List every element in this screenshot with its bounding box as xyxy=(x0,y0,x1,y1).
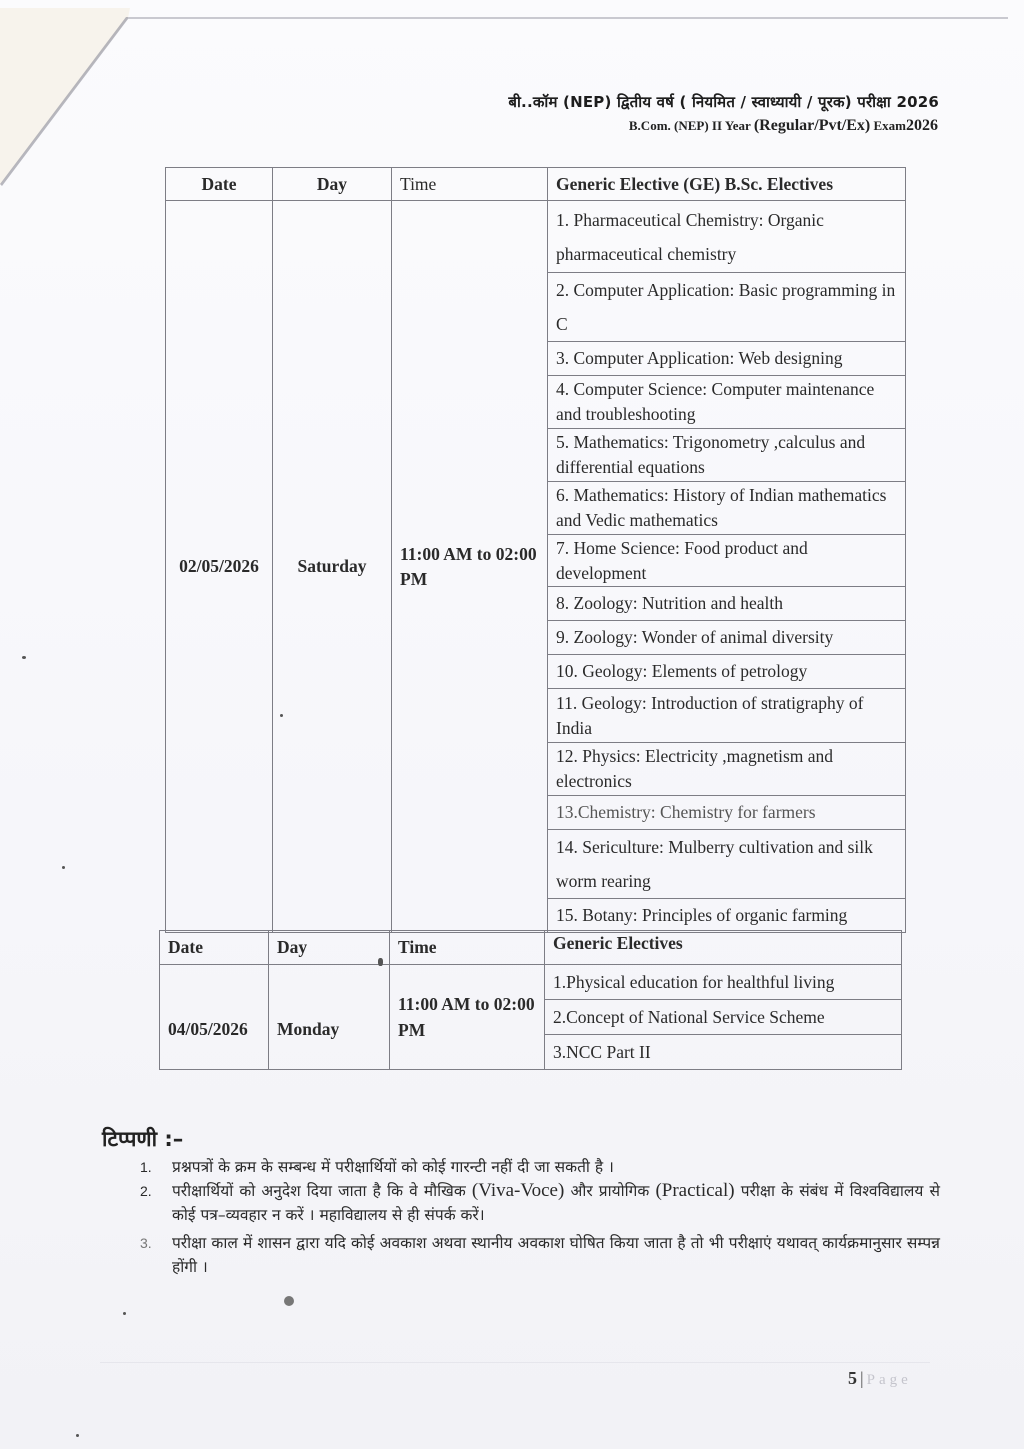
scan-speck xyxy=(378,958,383,966)
scan-speck xyxy=(76,1434,79,1437)
note-text-practical: (Practical) xyxy=(655,1180,734,1201)
schedule-table-ge-bsc: Date Day Time Generic Elective (GE) B.Sc… xyxy=(165,167,906,933)
note-number: 2. xyxy=(140,1179,172,1227)
subject-cell: 12. Physics: Electricity ,magnetism and … xyxy=(548,743,906,796)
note-text-part: और प्रायोगिक xyxy=(564,1182,655,1200)
header-hindi-title: बी..कॉम (NEP) द्वितीय वर्ष ( नियमित / स्… xyxy=(508,92,939,112)
note-item: 2. परीक्षार्थियों को अनुदेश दिया जाता है… xyxy=(140,1179,940,1227)
page-number-separator: | xyxy=(860,1368,864,1388)
subject-cell: 15. Botany: Principles of organic farmin… xyxy=(548,899,906,933)
subject-cell: 11. Geology: Introduction of stratigraph… xyxy=(548,689,906,743)
scan-speck xyxy=(22,656,26,659)
table-header-row: Date Day Time Generic Electives xyxy=(160,931,902,965)
page-number-value: 5 xyxy=(848,1368,857,1388)
header-day: Day xyxy=(269,931,390,965)
subject-cell: 2.Concept of National Service Scheme xyxy=(545,1000,902,1035)
subject-cell: 4. Computer Science: Computer maintenanc… xyxy=(548,376,906,429)
header-date: Date xyxy=(166,168,273,201)
subject-cell: 10. Geology: Elements of petrology xyxy=(548,655,906,689)
note-text: प्रश्नपत्रों के क्रम के सम्बन्ध में परीक… xyxy=(172,1155,940,1179)
note-text-viva: (Viva-Voce) xyxy=(472,1180,564,1201)
exam-time: 11:00 AM to 02:00 PM xyxy=(390,965,545,1070)
scanned-page: बी..कॉम (NEP) द्वितीय वर्ष ( नियमित / स्… xyxy=(0,0,1024,1449)
header-date: Date xyxy=(160,931,269,965)
scan-speck xyxy=(284,1296,294,1306)
header-english-title: B.Com. (NEP) II Year (Regular/Pvt/Ex) Ex… xyxy=(629,117,938,135)
header-time: Time xyxy=(392,168,548,201)
exam-date: 04/05/2026 xyxy=(160,965,269,1070)
header-exam-label: Exam xyxy=(874,118,907,133)
subject-cell: 13.Chemistry: Chemistry for farmers xyxy=(548,796,906,830)
subject-cell: 2. Computer Application: Basic programmi… xyxy=(548,273,906,342)
header-day: Day xyxy=(273,168,392,201)
scan-speck xyxy=(62,866,65,869)
subject-cell: 14. Sericulture: Mulberry cultivation an… xyxy=(548,830,906,899)
schedule-table-generic-electives: Date Day Time Generic Electives 04/05/20… xyxy=(159,930,902,1070)
header-year: 2026 xyxy=(906,117,938,134)
subject-cell: 6. Mathematics: History of Indian mathem… xyxy=(548,482,906,535)
header-time: Time xyxy=(390,931,545,965)
note-number: 3. xyxy=(140,1231,172,1279)
note-item: 1. प्रश्नपत्रों के क्रम के सम्बन्ध में प… xyxy=(140,1155,940,1179)
page-number: 5|Page xyxy=(848,1368,912,1389)
table-header-row: Date Day Time Generic Elective (GE) B.Sc… xyxy=(166,168,906,201)
subject-cell: 1. Pharmaceutical Chemistry: Organic pha… xyxy=(548,201,906,273)
notes-title: टिप्पणी :– xyxy=(102,1125,183,1153)
header-course: B.Com. (NEP) II Year xyxy=(629,118,751,133)
subject-cell: 3.NCC Part II xyxy=(545,1035,902,1070)
note-text: परीक्षा काल में शासन द्वारा यदि कोई अवका… xyxy=(172,1231,940,1279)
page-label: Page xyxy=(867,1372,912,1388)
table-row: 04/05/2026 Monday 11:00 AM to 02:00 PM 1… xyxy=(160,965,902,1000)
subject-cell: 8. Zoology: Nutrition and health xyxy=(548,587,906,621)
notes-list: 1. प्रश्नपत्रों के क्रम के सम्बन्ध में प… xyxy=(140,1155,940,1279)
table-row: 02/05/2026 Saturday 11:00 AM to 02:00 PM… xyxy=(166,201,906,273)
subject-cell: 3. Computer Application: Web designing xyxy=(548,342,906,376)
note-text: परीक्षार्थियों को अनुदेश दिया जाता है कि… xyxy=(172,1179,940,1227)
subject-cell: 7. Home Science: Food product and develo… xyxy=(548,535,906,587)
subject-cell: 1.Physical education for healthful livin… xyxy=(545,965,902,1000)
note-number: 1. xyxy=(140,1155,172,1179)
page-top-edge xyxy=(128,17,1008,19)
footer-divider xyxy=(100,1362,930,1363)
exam-time: 11:00 AM to 02:00 PM xyxy=(392,201,548,933)
exam-date: 02/05/2026 xyxy=(166,201,273,933)
note-text-part: परीक्षार्थियों को अनुदेश दिया जाता है कि… xyxy=(172,1182,472,1200)
exam-day: Monday xyxy=(269,965,390,1070)
note-item: 3. परीक्षा काल में शासन द्वारा यदि कोई अ… xyxy=(140,1231,940,1279)
subject-cell: 9. Zoology: Wonder of animal diversity xyxy=(548,621,906,655)
subject-cell: 5. Mathematics: Trigonometry ,calculus a… xyxy=(548,429,906,482)
header-subject: Generic Electives xyxy=(545,931,902,965)
scan-speck xyxy=(123,1312,126,1315)
header-exam-type: (Regular/Pvt/Ex) xyxy=(754,117,870,134)
exam-day: Saturday xyxy=(273,201,392,933)
header-subject: Generic Elective (GE) B.Sc. Electives xyxy=(548,168,906,201)
scan-speck xyxy=(280,714,283,717)
